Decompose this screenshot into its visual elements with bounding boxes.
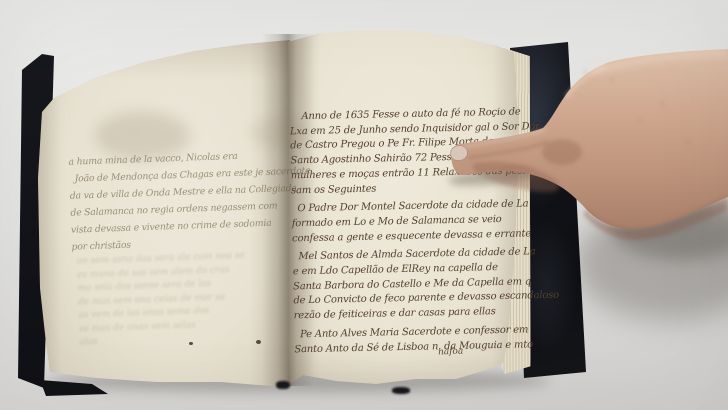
skin-freckle — [611, 79, 614, 82]
hand-top-highlight — [592, 53, 727, 72]
left-page-text: a huma mina de la vacco, Nicolas era Joã… — [68, 146, 285, 255]
right-page-text: Anno de 1635 Fesse o auto da fé no Roçio… — [289, 106, 518, 358]
skin-freckle — [639, 119, 642, 122]
cover-glimpse — [276, 381, 290, 389]
cover-glimpse — [392, 387, 410, 394]
skin-freckle — [584, 71, 587, 74]
knuckle-ridge-highlight — [566, 66, 606, 97]
left-page-bleedthrough: on sem asno das sera ale com noa se es m… — [76, 248, 284, 350]
skin-freckle — [686, 140, 689, 143]
skin-freckle — [661, 103, 664, 106]
photo-open-manuscript-scene: a huma mina de la vacco, Nicolas era Joã… — [0, 0, 728, 410]
catchword: nafoa — [438, 347, 464, 358]
